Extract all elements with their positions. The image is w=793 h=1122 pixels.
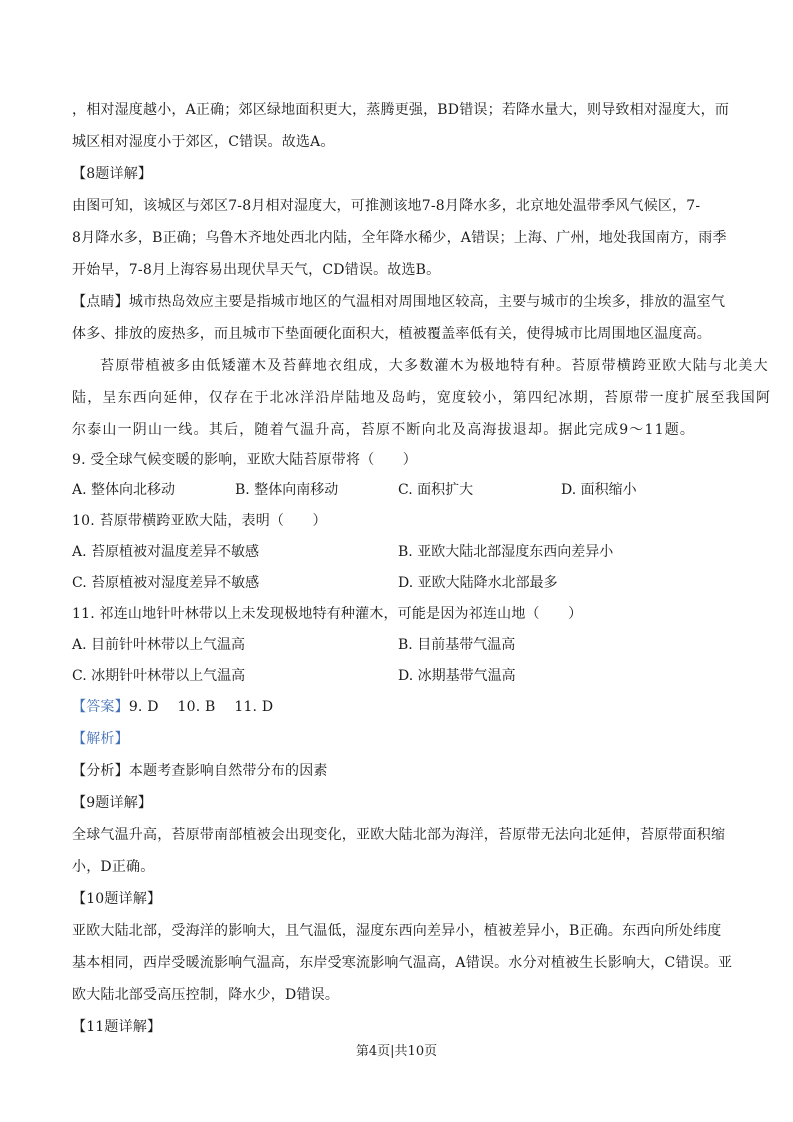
question-9-stem: 9. 受全球气候变暖的影响，亚欧大陆苔原带将（ ） [72, 450, 417, 470]
answer-tag: 【答案】 [72, 699, 129, 715]
option-b: B. 目前基带气温高 [398, 635, 724, 655]
question-11-stem: 11. 祁连山地针叶林带以上未发现极地特有种灌木，可能是因为祁连山地（ ） [72, 604, 582, 624]
dianjing-tag: 【点睛】 [72, 294, 129, 310]
question-11-options-row2: C. 冰期针叶林带以上气温高 D. 冰期基带气温高 [72, 666, 724, 686]
q8-detail-line: 由图可知，该城区与郊区7-8月相对湿度大，可推测该地7-8月降水多，北京地处温带… [72, 196, 700, 216]
option-a: A. 苔原植被对温度差异不敏感 [72, 542, 398, 562]
option-a: A. 目前针叶林带以上气温高 [72, 635, 398, 655]
option-d: D. 冰期基带气温高 [398, 666, 724, 686]
fenxi-tag: 【分析】 [72, 763, 129, 779]
q9-detail-heading: 【9题详解】 [72, 793, 152, 813]
option-c: C. 冰期针叶林带以上气温高 [72, 666, 398, 686]
question-11-options-row1: A. 目前针叶林带以上气温高 B. 目前基带气温高 [72, 635, 724, 655]
option-d: D. 亚欧大陆降水北部最多 [398, 573, 724, 593]
q8-detail-line: 8月降水多，B正确；乌鲁木齐地处西北内陆，全年降水稀少，A错误；上海、广州，地处… [72, 228, 727, 248]
option-c: C. 面积扩大 [398, 480, 561, 500]
option-a: A. 整体向北移动 [72, 480, 235, 500]
analysis-tag: 【解析】 [72, 729, 129, 749]
question-10-options-row1: A. 苔原植被对温度差异不敏感 B. 亚欧大陆北部湿度东西向差异小 [72, 542, 724, 562]
option-d: D. 面积缩小 [561, 480, 724, 500]
passage-line: 尔泰山一阴山一线。其后，随着气温升高，苔原不断向北及高海拔退却。据此完成9～11… [72, 420, 695, 440]
dianjing-text: 城市热岛效应主要是指城市地区的气温相对周围地区较高，主要与城市的尘埃多，排放的温… [129, 294, 725, 310]
option-c: C. 苔原植被对湿度差异不敏感 [72, 573, 398, 593]
question-10-options-row2: C. 苔原植被对湿度差异不敏感 D. 亚欧大陆降水北部最多 [72, 573, 724, 593]
option-b: B. 亚欧大陆北部湿度东西向差异小 [398, 542, 724, 562]
question-10-stem: 10. 苔原带横跨亚欧大陆，表明（ ） [72, 511, 327, 531]
passage-line: 陆，呈东西向延伸，仅存在于北冰洋沿岸陆地及岛屿，宽度较小，第四纪冰期，苔原带一度… [72, 388, 771, 408]
q9-detail-line: 全球气温升高，苔原带南部植被会出现变化，亚欧大陆北部为海洋，苔原带无法向北延伸，… [72, 825, 725, 845]
question-9-options: A. 整体向北移动 B. 整体向南移动 C. 面积扩大 D. 面积缩小 [72, 480, 724, 500]
continuation-line-1: ，相对湿度越小，A正确；郊区绿地面积更大，蒸腾更强，BD错误；若降水量大，则导致… [72, 100, 729, 120]
fenxi-line: 【分析】本题考查影响自然带分布的因素 [72, 761, 328, 781]
passage-line: 苔原带植被多由低矮灌木及苔藓地衣组成，大多数灌木为极地特有种。苔原带横跨亚欧大陆… [72, 356, 769, 376]
q9-detail-line: 小，D正确。 [72, 857, 154, 877]
answer-text: 9. D 10. B 11. D [129, 699, 273, 715]
dianjing-line-2: 体多、排放的废热多，而且城市下垫面硬化面积大，植被覆盖率低有关，使得城市比周围地… [72, 324, 711, 344]
continuation-line-2: 城区相对湿度小于郊区，C错误。故选A。 [72, 132, 335, 152]
q10-detail-heading: 【10题详解】 [72, 889, 161, 909]
q10-detail-line: 亚欧大陆北部，受海洋的影响大，且气温低，湿度东西向差异小，植被差异小，B正确。东… [72, 921, 722, 941]
q8-detail-heading: 【8题详解】 [72, 164, 152, 184]
q10-detail-line: 基本相同，西岸受暖流影响气温高，东岸受寒流影响气温高，A错误。水分对植被生长影响… [72, 953, 732, 973]
answer-line: 【答案】9. D 10. B 11. D [72, 697, 273, 717]
q8-detail-line: 开始早，7-8月上海容易出现伏旱天气，CD错误。故选B。 [72, 260, 440, 280]
q10-detail-line: 欧大陆北部受高压控制，降水少，D错误。 [72, 985, 339, 1005]
page-footer: 第4页|共10页 [0, 1040, 793, 1059]
dianjing-line-1: 【点睛】城市热岛效应主要是指城市地区的气温相对周围地区较高，主要与城市的尘埃多，… [72, 292, 725, 312]
q11-detail-heading: 【11题详解】 [72, 1017, 161, 1037]
fenxi-text: 本题考查影响自然带分布的因素 [129, 763, 328, 779]
option-b: B. 整体向南移动 [235, 480, 398, 500]
